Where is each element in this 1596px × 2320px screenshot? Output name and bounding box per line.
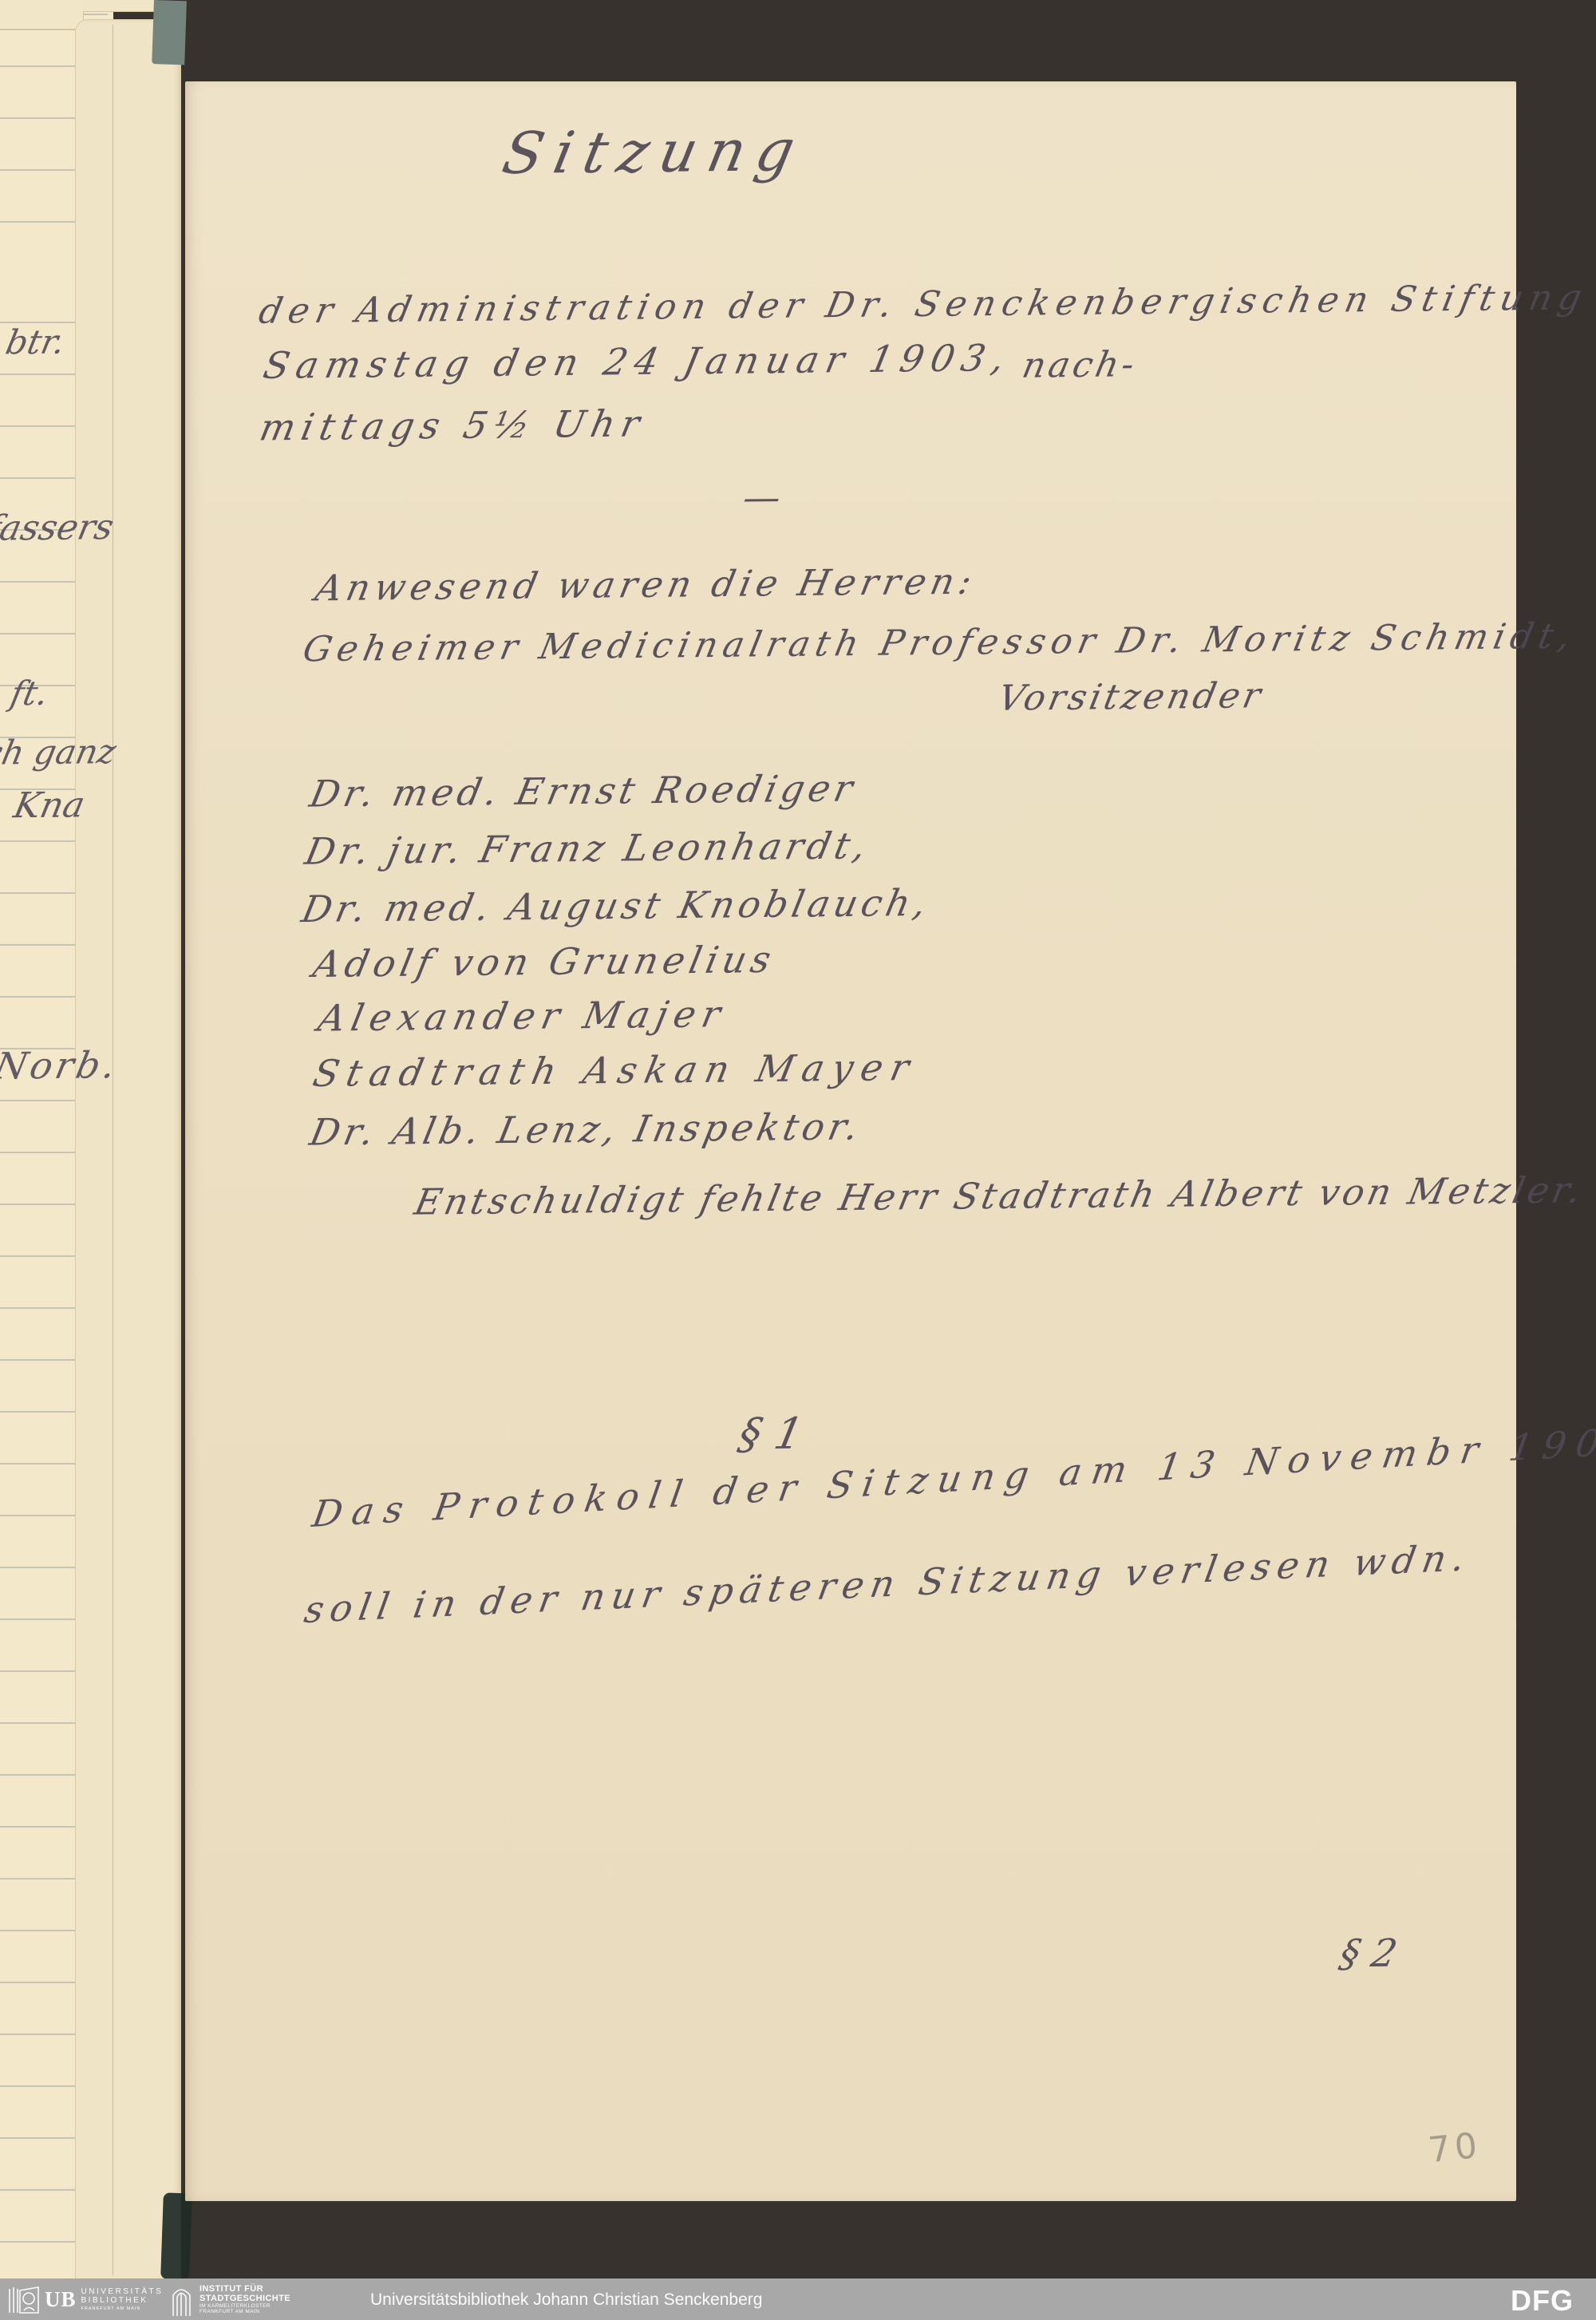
manuscript-line: nach- — [1019, 347, 1140, 383]
manuscript-line: der Administration der Dr. Senckenbergis… — [256, 280, 1591, 329]
footer-bar: UB UNIVERSITÄTS BIBLIOTHEK FRANKFURT AM … — [0, 2279, 1596, 2320]
binding-cloth — [152, 0, 187, 65]
ifs-line3: IM KARMELITERKLOSTER — [199, 2303, 290, 2309]
paper-crease — [113, 25, 113, 2275]
manuscript-line: Geheimer Medicinalrath Professor Dr. Mor… — [300, 619, 1579, 668]
section-mark: § 1 — [735, 1413, 807, 1456]
ifs-line2: STADTGESCHICHTE — [199, 2294, 290, 2303]
page-number-pencil: 70 — [1427, 2128, 1483, 2169]
left-page-fragment: ft. — [8, 677, 51, 710]
manuscript-line: Entschuldigt fehlte Herr Stadtrath Alber… — [412, 1172, 1587, 1219]
dfg-logo: DFG — [1511, 2284, 1574, 2318]
manuscript-line: soll in der nur späteren Sitzung verlese… — [302, 1539, 1474, 1628]
attendee-name: Alexander Majer — [315, 995, 730, 1036]
ifs-line1: INSTITUT FÜR — [199, 2284, 290, 2294]
institut-stadtgeschichte-logo: INSTITUT FÜR STADTGESCHICHTE IM KARMELIT… — [171, 2282, 290, 2317]
manuscript-line: Vorsitzender — [995, 678, 1266, 716]
ub-logo: UB UNIVERSITÄTS BIBLIOTHEK FRANKFURT AM … — [8, 2282, 163, 2316]
stacked-page-edge — [0, 0, 84, 30]
manuscript-line: Das Protokoll der Sitzung am 13 Novembr … — [310, 1422, 1596, 1532]
ub-abbr-label: UB — [45, 2287, 77, 2312]
attendee-name: Dr. med. August Knoblauch, — [299, 884, 934, 927]
left-page-fragment: btr. — [3, 326, 68, 360]
section-mark: § 2 — [1337, 1935, 1400, 1974]
stacked-page-edge — [83, 0, 156, 12]
ub-line3: FRANKFURT AM MAIN — [81, 2306, 164, 2311]
left-page-fragment: , Kna — [0, 788, 88, 824]
library-columns-icon — [8, 2284, 40, 2314]
manuscript-title: Sitzung — [498, 121, 810, 182]
attendee-name: Adolf von Grunelius — [310, 941, 779, 982]
left-page-fragment: fassers — [0, 510, 117, 547]
attendee-name: Dr. jur. Franz Leonhardt, — [302, 827, 873, 869]
ub-line2: BIBLIOTHEK — [81, 2296, 164, 2306]
scanned-archive-image: { "colors": { "background": "#38322e", "… — [0, 0, 1596, 2320]
library-attribution-text: Universitätsbibliothek Johann Christian … — [370, 2290, 762, 2310]
ub-logo-text: UNIVERSITÄTS BIBLIOTHEK FRANKFURT AM MAI… — [81, 2287, 164, 2311]
divider-dash: — — [740, 479, 784, 516]
attendee-name: Stadtrath Askan Mayer — [310, 1049, 921, 1092]
ub-line1: UNIVERSITÄTS — [81, 2287, 164, 2297]
ifs-logo-text: INSTITUT FÜR STADTGESCHICHTE IM KARMELIT… — [199, 2284, 290, 2314]
manuscript-page: Sitzung der Administration der Dr. Senck… — [185, 81, 1516, 2201]
manuscript-line: Anwesend waren die Herren: — [313, 563, 980, 607]
left-page-fragment: Norb. — [0, 1046, 122, 1085]
ifs-line4: FRANKFURT AM MAIN — [199, 2309, 290, 2314]
manuscript-line: mittags 5½ Uhr — [257, 405, 650, 445]
middle-page-edge — [75, 19, 181, 2280]
attendee-name: Dr. med. Ernst Roediger — [307, 769, 860, 812]
arch-icon — [171, 2282, 193, 2316]
manuscript-line: Samstag den 24 Januar 1903, — [260, 339, 1014, 384]
attendee-name: Dr. Alb. Lenz, Inspektor. — [307, 1108, 866, 1150]
binding-shadow — [160, 2192, 192, 2279]
left-page-fragment: ich ganz — [0, 735, 119, 770]
